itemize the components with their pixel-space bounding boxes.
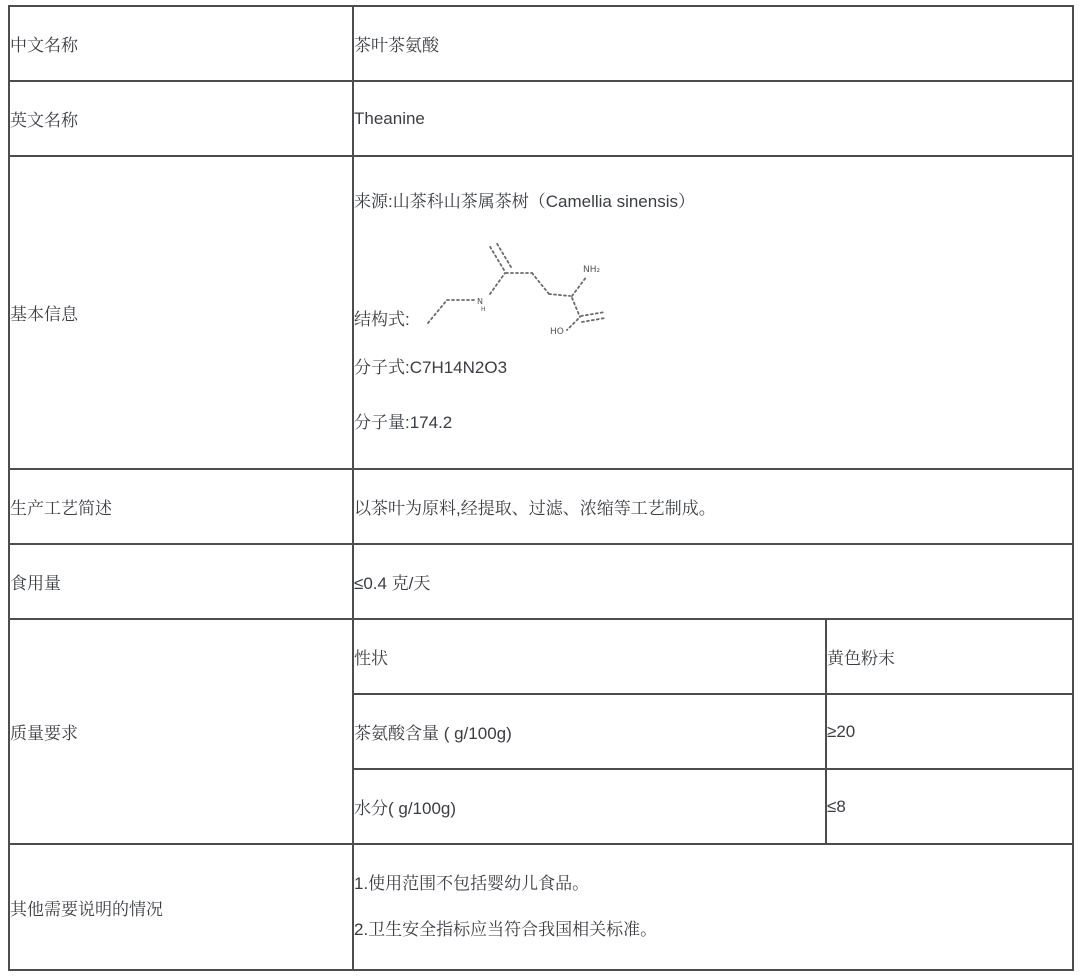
molecular-weight: 分子量:174.2 xyxy=(354,412,1072,434)
chinese-name-value: 茶叶茶氨酸 xyxy=(353,6,1073,81)
substance-spec-table: 中文名称 茶叶茶氨酸 英文名称 Theanine 基本信息 来源:山茶科山茶属茶… xyxy=(8,5,1074,971)
document-page: 中文名称 茶叶茶氨酸 英文名称 Theanine 基本信息 来源:山茶科山茶属茶… xyxy=(0,0,1080,978)
row-english-name: 英文名称 Theanine xyxy=(9,81,1073,156)
english-name-label: 英文名称 xyxy=(9,81,353,156)
quality-item-name: 性状 xyxy=(353,619,826,694)
amine-nh2-label: NH₂ xyxy=(583,265,601,275)
amide-h-label: H xyxy=(481,306,486,313)
process-label: 生产工艺简述 xyxy=(9,469,353,544)
source-text: 来源:山茶科山茶属茶树（Camellia sinensis） xyxy=(354,191,1072,213)
other-notes-label: 其他需要说明的情况 xyxy=(9,844,353,970)
other-notes-cell: 1.使用范围不包括婴幼儿食品。 2.卫生安全指标应当符合我国相关标准。 xyxy=(353,844,1073,970)
amide-n-label: N xyxy=(477,297,483,306)
chinese-name-label: 中文名称 xyxy=(9,6,353,81)
row-chinese-name: 中文名称 茶叶茶氨酸 xyxy=(9,6,1073,81)
basic-info-label: 基本信息 xyxy=(9,156,353,469)
row-quality-appearance: 质量要求 性状 黄色粉末 xyxy=(9,619,1073,694)
molecular-formula: 分子式:C7H14N2O3 xyxy=(354,357,1072,379)
intake-label: 食用量 xyxy=(9,544,353,619)
intake-value: ≤0.4 克/天 xyxy=(353,544,1073,619)
quality-item-value: 黄色粉末 xyxy=(826,619,1073,694)
quality-label: 质量要求 xyxy=(9,619,353,844)
structure-label: 结构式: xyxy=(354,309,410,335)
basic-info-cell: 来源:山茶科山茶属茶树（Camellia sinensis） 结构式: xyxy=(353,156,1073,469)
row-intake: 食用量 ≤0.4 克/天 xyxy=(9,544,1073,619)
quality-item-name: 水分( g/100g) xyxy=(353,769,826,844)
row-process: 生产工艺简述 以茶叶为原料,经提取、过滤、浓缩等工艺制成。 xyxy=(9,469,1073,544)
note-line: 2.卫生安全指标应当符合我国相关标准。 xyxy=(354,919,1072,941)
row-basic-info: 基本信息 来源:山茶科山茶属茶树（Camellia sinensis） 结构式: xyxy=(9,156,1073,469)
structure-row: 结构式: xyxy=(354,223,1072,335)
theanine-structure-image: N H NH₂ HO xyxy=(420,223,612,335)
note-line: 1.使用范围不包括婴幼儿食品。 xyxy=(354,873,1072,895)
quality-item-value: ≤8 xyxy=(826,769,1073,844)
row-other-notes: 其他需要说明的情况 1.使用范围不包括婴幼儿食品。 2.卫生安全指标应当符合我国… xyxy=(9,844,1073,970)
quality-item-value: ≥20 xyxy=(826,694,1073,769)
english-name-value: Theanine xyxy=(353,81,1073,156)
process-value: 以茶叶为原料,经提取、过滤、浓缩等工艺制成。 xyxy=(353,469,1073,544)
quality-item-name: 茶氨酸含量 ( g/100g) xyxy=(353,694,826,769)
hydroxyl-ho-label: HO xyxy=(550,327,564,335)
